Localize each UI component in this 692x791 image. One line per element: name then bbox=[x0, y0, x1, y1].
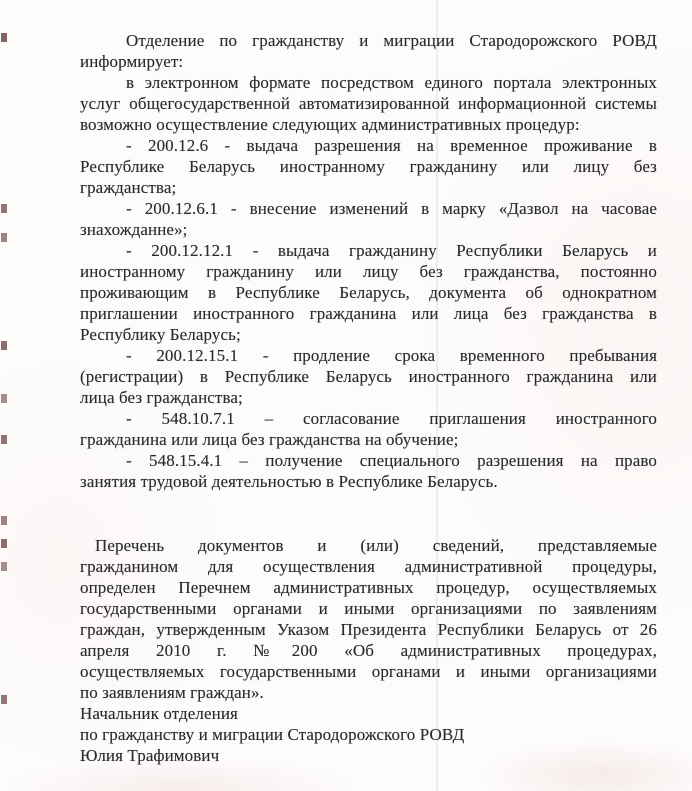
text-line: Отделение по гражданству и миграции Стар… bbox=[80, 30, 657, 51]
text-line: приглашении иностранного гражданина или … bbox=[80, 303, 657, 324]
text-line: иностранному гражданину или лицу без гра… bbox=[80, 261, 657, 282]
text-line: знахожданне»; bbox=[80, 219, 657, 240]
documents-list-paragraph: Перечень документов и (или) сведений, пр… bbox=[80, 535, 657, 703]
text-line: - 200.12.12.1 - выдача гражданину Респуб… bbox=[80, 240, 657, 261]
text-line: лица без гражданства; bbox=[80, 387, 657, 408]
text-line: - 200.12.6.1 - внесение изменений в марк… bbox=[80, 198, 657, 219]
text-line: занятия трудовой деятельностью в Республ… bbox=[80, 471, 657, 492]
procedure-item-200-12-6-1: - 200.12.6.1 - внесение изменений в марк… bbox=[80, 198, 657, 240]
text-line: - 548.15.4.1 – получение специального ра… bbox=[80, 450, 657, 471]
procedure-item-548-10-7-1: - 548.10.7.1 – согласование приглашения … bbox=[80, 408, 657, 450]
text-line: государственными органами и иными органи… bbox=[80, 598, 657, 619]
procedure-item-548-15-4-1: - 548.15.4.1 – получение специального ра… bbox=[80, 450, 657, 492]
text-line: Республике Беларусь иностранному граждан… bbox=[80, 156, 657, 177]
signatory-name: Юлия Трафимович bbox=[80, 745, 657, 766]
scanned-letter-page: Отделение по гражданству и миграции Стар… bbox=[0, 0, 692, 791]
text-line: - 200.12.15.1 - продление срока временно… bbox=[80, 345, 657, 366]
text-line: граждан, утвержденным Указом Президента … bbox=[80, 619, 657, 640]
text-line: Перечень документов и (или) сведений, пр… bbox=[80, 535, 657, 556]
signatory-position-line1: Начальник отделения bbox=[80, 703, 657, 724]
text-line: гражданства; bbox=[80, 177, 657, 198]
text-line: услуг общегосударственной автоматизирова… bbox=[80, 93, 657, 114]
text-line: - 548.10.7.1 – согласование приглашения … bbox=[80, 408, 657, 429]
text-line: информирует: bbox=[80, 51, 657, 72]
text-line: определен Перечнем административных проц… bbox=[80, 577, 657, 598]
procedure-item-200-12-12-1: - 200.12.12.1 - выдача гражданину Респуб… bbox=[80, 240, 657, 345]
text-line: (регистрации) в Республике Беларусь инос… bbox=[80, 366, 657, 387]
text-line: Республику Беларусь; bbox=[80, 324, 657, 345]
text-line: возможно осуществление следующих админис… bbox=[80, 114, 657, 135]
intro-paragraph: Отделение по гражданству и миграции Стар… bbox=[80, 30, 657, 72]
text-line: в электронном формате посредством единог… bbox=[80, 72, 657, 93]
letter-body: Отделение по гражданству и миграции Стар… bbox=[80, 30, 657, 766]
text-line: - 200.12.6 - выдача разрешения на времен… bbox=[80, 135, 657, 156]
procedure-item-200-12-15-1: - 200.12.15.1 - продление срока временно… bbox=[80, 345, 657, 408]
text-line: гражданина или лица без гражданства на о… bbox=[80, 429, 657, 450]
text-line: апреля 2010 г. №200 «Об административных… bbox=[80, 640, 657, 661]
text-line: проживающим в Республике Беларусь, докум… bbox=[80, 282, 657, 303]
text-line: осуществляемых государственными органами… bbox=[80, 661, 657, 682]
eservices-paragraph: в электронном формате посредством единог… bbox=[80, 72, 657, 135]
signatory-position-line2: по гражданству и миграции Стародорожског… bbox=[80, 724, 657, 745]
signature-block: Начальник отделения по гражданству и миг… bbox=[80, 703, 657, 766]
text-line: гражданином для осуществления администра… bbox=[80, 556, 657, 577]
scan-speckles bbox=[1, 33, 7, 42]
procedure-item-200-12-6: - 200.12.6 - выдача разрешения на времен… bbox=[80, 135, 657, 198]
text-line: по заявлениям граждан». bbox=[80, 682, 657, 703]
